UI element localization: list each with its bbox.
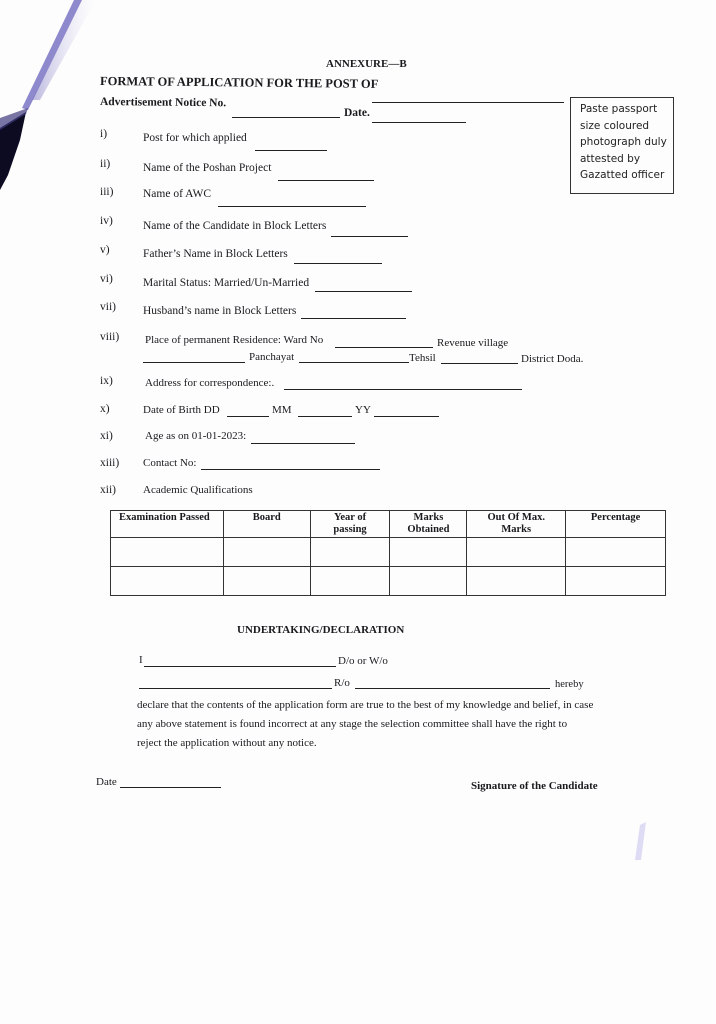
declaration-body-line: reject the application without any notic… <box>137 737 317 749</box>
header-year-of-passing: Year ofpassing <box>310 511 390 538</box>
header-percentage: Percentage <box>566 511 666 538</box>
qualifications-table: Examination Passed Board Year ofpassing … <box>110 510 666 596</box>
husband-name-field[interactable] <box>301 318 406 319</box>
field-label-age: Age as on 01-01-2023: <box>145 430 246 442</box>
field-number: ix) <box>100 375 113 387</box>
table-cell[interactable] <box>566 567 666 596</box>
tehsil-label: Tehsil <box>409 352 436 364</box>
field-number: vii) <box>100 301 116 313</box>
table-cell[interactable] <box>223 538 310 567</box>
table-row <box>111 567 666 596</box>
field-label-father-name: Father’s Name in Block Letters <box>143 248 288 260</box>
parent-spouse-field[interactable] <box>139 688 332 689</box>
header-examination-passed: Examination Passed <box>111 511 224 538</box>
field-number: iv) <box>100 215 113 227</box>
declaration-heading: UNDERTAKING/DECLARATION <box>237 624 404 636</box>
advert-date-field[interactable] <box>372 122 466 123</box>
field-number: ii) <box>100 158 110 170</box>
address-field[interactable] <box>284 389 522 390</box>
dob-day-field[interactable] <box>227 416 269 417</box>
header-board: Board <box>223 511 310 538</box>
dob-month-label: MM <box>272 404 292 416</box>
tehsil-field[interactable] <box>441 363 518 364</box>
photo-box-line: attested by <box>580 151 673 168</box>
poshan-project-field[interactable] <box>278 180 374 181</box>
field-label-residence: Place of permanent Residence: Ward No <box>145 334 323 346</box>
table-cell[interactable] <box>467 567 566 596</box>
field-label-address: Address for correspondence:. <box>145 377 274 389</box>
dob-year-label: YY <box>355 404 371 416</box>
field-number: xii) <box>100 484 116 496</box>
photo-box-line: size coloured <box>580 118 673 135</box>
declaration-i-label: I <box>139 654 143 666</box>
table-row <box>111 538 666 567</box>
annexure-label: ANNEXURE—B <box>326 58 407 70</box>
page-title: FORMAT OF APPLICATION FOR THE POST OF <box>100 74 378 92</box>
field-label-candidate-name: Name of the Candidate in Block Letters <box>143 220 326 232</box>
field-number: vi) <box>100 273 113 285</box>
field-label-poshan-project: Name of the Poshan Project <box>143 162 271 174</box>
footer-date-field[interactable] <box>120 787 221 788</box>
field-number: i) <box>100 128 107 140</box>
header-max-marks: Out Of Max.Marks <box>467 511 566 538</box>
field-label-husband-name: Husband’s name in Block Letters <box>143 305 296 317</box>
table-cell[interactable] <box>111 538 224 567</box>
field-number: xi) <box>100 430 113 442</box>
field-label-post: Post for which applied <box>143 132 247 144</box>
photo-box-line: photograph duly <box>580 134 673 151</box>
post-applied-field[interactable] <box>255 150 327 151</box>
field-label-contact: Contact No: <box>143 457 196 469</box>
field-label-dob: Date of Birth DD <box>143 404 220 416</box>
field-number: xiii) <box>100 457 119 469</box>
field-number: v) <box>100 244 110 256</box>
table-cell[interactable] <box>310 538 390 567</box>
table-cell[interactable] <box>467 538 566 567</box>
title-text: FORMAT OF APPLICATION FOR THE POST OF <box>100 74 378 91</box>
revenue-village-field[interactable] <box>143 362 245 363</box>
field-number: x) <box>100 403 110 415</box>
age-field[interactable] <box>251 443 355 444</box>
panchayat-label: Panchayat <box>249 351 294 363</box>
declaration-body-line: declare that the contents of the applica… <box>137 699 593 711</box>
post-of-field[interactable] <box>372 102 564 103</box>
do-wo-label: D/o or W/o <box>338 655 388 667</box>
field-label-academic: Academic Qualifications <box>143 484 253 496</box>
field-number: viii) <box>100 331 119 343</box>
dob-year-field[interactable] <box>374 416 439 417</box>
photo-box: Paste passport size coloured photograph … <box>570 97 674 194</box>
advert-notice-field[interactable] <box>232 117 340 118</box>
field-label-awc: Name of AWC <box>143 188 211 200</box>
field-label-marital-status: Marital Status: Married/Un-Married <box>143 277 309 289</box>
advert-notice-label: Advertisement Notice No. <box>100 96 226 109</box>
photo-box-line: Paste passport <box>580 101 673 118</box>
signature-label: Signature of the Candidate <box>471 780 598 792</box>
candidate-name-field[interactable] <box>331 236 408 237</box>
marital-status-field[interactable] <box>315 291 412 292</box>
resident-of-field[interactable] <box>355 688 550 689</box>
table-header-row: Examination Passed Board Year ofpassing … <box>111 511 666 538</box>
table-cell[interactable] <box>390 538 467 567</box>
declarant-name-field[interactable] <box>144 666 336 667</box>
declaration-body-line: any above statement is found incorrect a… <box>137 718 567 730</box>
panchayat-field[interactable] <box>299 362 409 363</box>
awc-field[interactable] <box>218 206 366 207</box>
field-number: iii) <box>100 186 113 198</box>
revenue-village-label: Revenue village <box>437 337 508 349</box>
table-cell[interactable] <box>566 538 666 567</box>
contact-field[interactable] <box>201 469 380 470</box>
photo-box-line: Gazatted officer <box>580 167 673 184</box>
header-marks-obtained: MarksObtained <box>390 511 467 538</box>
table-cell[interactable] <box>223 567 310 596</box>
father-name-field[interactable] <box>294 263 382 264</box>
table-cell[interactable] <box>310 567 390 596</box>
date-label: Date. <box>344 107 370 119</box>
ro-label: R/o <box>334 677 350 689</box>
footer-date-label: Date <box>96 776 117 788</box>
hereby-label: hereby <box>555 679 584 690</box>
table-cell[interactable] <box>111 567 224 596</box>
table-cell[interactable] <box>390 567 467 596</box>
dob-month-field[interactable] <box>298 416 352 417</box>
district-label: District Doda. <box>521 353 583 365</box>
ward-no-field[interactable] <box>335 347 433 348</box>
